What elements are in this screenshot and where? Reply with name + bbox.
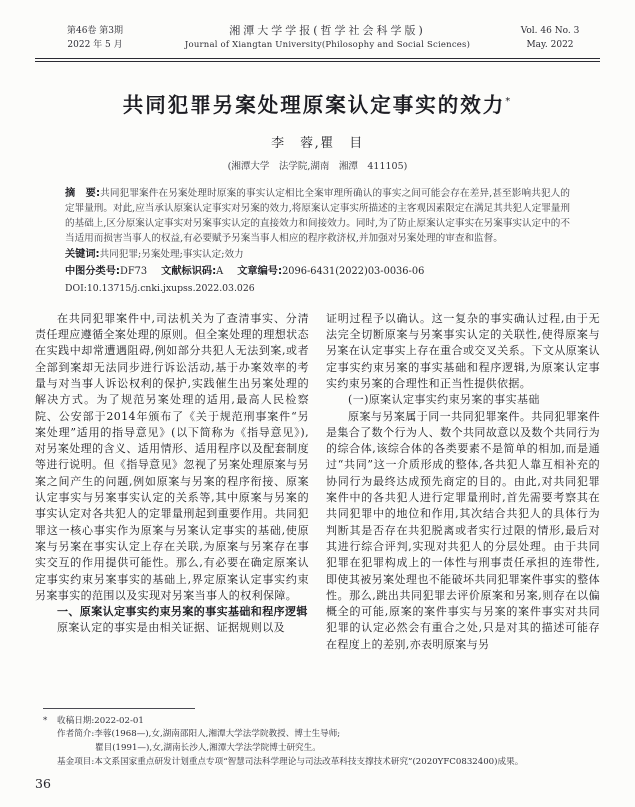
- article-no-label: 文章编号:: [237, 266, 282, 277]
- issue-date-en: May. 2022: [500, 38, 600, 52]
- keywords-text: 共同犯罪;另案处理;事实认定;效力: [100, 249, 244, 260]
- article-title: 共同犯罪另案处理原案认定事实的效力*: [35, 88, 600, 118]
- journal-name-cn: 湘潭大学学报(哲学社会科学版): [155, 24, 500, 38]
- bio-line2: 瞿目(1991—),女,湖南长沙人,湘潭大学法学院博士研究生。: [95, 743, 321, 753]
- left-column: 在共同犯罪案件中,司法机关为了查清事实、分清责任理应遵循全案处理的原则。但全案处…: [35, 311, 309, 699]
- page-number: 36: [35, 776, 51, 791]
- footnote-received-date: *收稿日期:2022-02-01: [43, 715, 600, 729]
- issue-volume-cn: 第46卷 第3期: [35, 24, 155, 38]
- footnote-fund-project: 基金项目:本文系国家重点研发计划重点专项“智慧司法科学理论与司法改革科技支撑技术…: [43, 756, 600, 770]
- abstract-text: 共同犯罪案件在另案处理时原案的事实认定相比全案审理所确认的事实之间可能会存在差异…: [65, 188, 570, 243]
- keywords-label: 关键词:: [65, 249, 100, 260]
- issue-date-cn: 2022 年 5 月: [35, 38, 155, 52]
- paragraph: 原案与另案属于同一共同犯罪案件。共同犯罪案件是集合了数个行为人、数个共同故意以及…: [326, 409, 600, 653]
- doi-line: DOI:10.13715/j.cnki.jxupss.2022.03.026: [65, 282, 570, 297]
- article-no-value: 2096-6431(2022)03-0036-06: [282, 266, 424, 277]
- journal-name-en: Journal of Xiangtan University(Philosoph…: [155, 38, 500, 52]
- bio-line1: 李蓉(1968—),女,湖南邵阳人,湘潭大学法学院教授、博士生导师;: [94, 729, 340, 739]
- abstract: 摘 要:共同犯罪案件在另案处理时原案的事实认定相比全案审理所确认的事实之间可能会…: [65, 187, 570, 246]
- clc-label: 中图分类号:: [65, 266, 120, 277]
- paragraph-continuation: 证明过程予以确认。这一复杂的事实确认过程,由于无法完全切断原案与另案事实认定的关…: [326, 311, 600, 392]
- journal-page: 第46卷 第3期 2022 年 5 月 湘潭大学学报(哲学社会科学版) Jour…: [0, 0, 635, 807]
- abstract-block: 摘 要:共同犯罪案件在另案处理时原案的事实认定相比全案审理所确认的事实之间可能会…: [65, 187, 570, 297]
- footnote-author-bio-1: 作者简介:李蓉(1968—),女,湖南邵阳人,湘潭大学法学院教授、博士生导师;: [43, 728, 600, 742]
- bio-label: 作者简介:: [57, 729, 94, 739]
- header-issue-cn: 第46卷 第3期 2022 年 5 月: [35, 24, 155, 52]
- header-issue-en: Vol. 46 No. 3 May. 2022: [500, 24, 600, 52]
- paragraph: 在共同犯罪案件中,司法机关为了查清事实、分清责任理应遵循全案处理的原则。但全案处…: [35, 311, 309, 604]
- header-journal-name: 湘潭大学学报(哲学社会科学版) Journal of Xiangtan Univ…: [155, 24, 500, 52]
- footnote-divider: [43, 708, 195, 709]
- keywords-line: 关键词:共同犯罪;另案处理;事实认定;效力: [65, 248, 570, 263]
- received-value: 2022-02-01: [94, 716, 144, 726]
- footnote-marker: *: [43, 715, 57, 729]
- fund-label: 基金项目:: [57, 757, 94, 767]
- doc-code-value: A: [216, 266, 223, 277]
- title-footnote-marker: *: [505, 96, 512, 107]
- header-divider: [35, 58, 600, 62]
- doc-code-label: 文献标识码:: [161, 266, 216, 277]
- journal-header: 第46卷 第3期 2022 年 5 月 湘潭大学学报(哲学社会科学版) Jour…: [35, 24, 600, 52]
- body-columns: 在共同犯罪案件中,司法机关为了查清事实、分清责任理应遵循全案处理的原则。但全案处…: [35, 311, 600, 699]
- right-column: 证明过程予以确认。这一复杂的事实确认过程,由于无法完全切断原案与另案事实认定的关…: [326, 311, 600, 699]
- article-title-text: 共同犯罪另案处理原案认定事实的效力: [123, 93, 506, 117]
- issue-volume-en: Vol. 46 No. 3: [500, 24, 600, 38]
- section-heading-1: 一、原案认定事实约束另案的事实基础和程序逻辑: [35, 604, 309, 620]
- received-label: 收稿日期:: [57, 716, 94, 726]
- clc-value: DF73: [120, 266, 147, 277]
- footnotes: *收稿日期:2022-02-01 作者简介:李蓉(1968—),女,湖南邵阳人,…: [43, 708, 600, 769]
- classification-line: 中图分类号:DF73文献标识码:A文章编号:2096-6431(2022)03-…: [65, 265, 570, 280]
- subsection-heading-1: (一)原案认定事实约束另案的事实基础: [326, 392, 600, 408]
- footnote-author-bio-2: 瞿目(1991—),女,湖南长沙人,湘潭大学法学院博士研究生。: [43, 742, 600, 756]
- paragraph: 原案认定的事实是由相关证据、证据规则以及: [35, 620, 309, 636]
- authors: 李 蓉,瞿 目: [35, 132, 600, 151]
- fund-value: 本文系国家重点研发计划重点专项“智慧司法科学理论与司法改革科技支撑技术研究”(2…: [94, 757, 523, 767]
- abstract-label: 摘 要:: [65, 188, 100, 199]
- affiliation: (湘潭大学 法学院,湖南 湘潭 411105): [35, 158, 600, 172]
